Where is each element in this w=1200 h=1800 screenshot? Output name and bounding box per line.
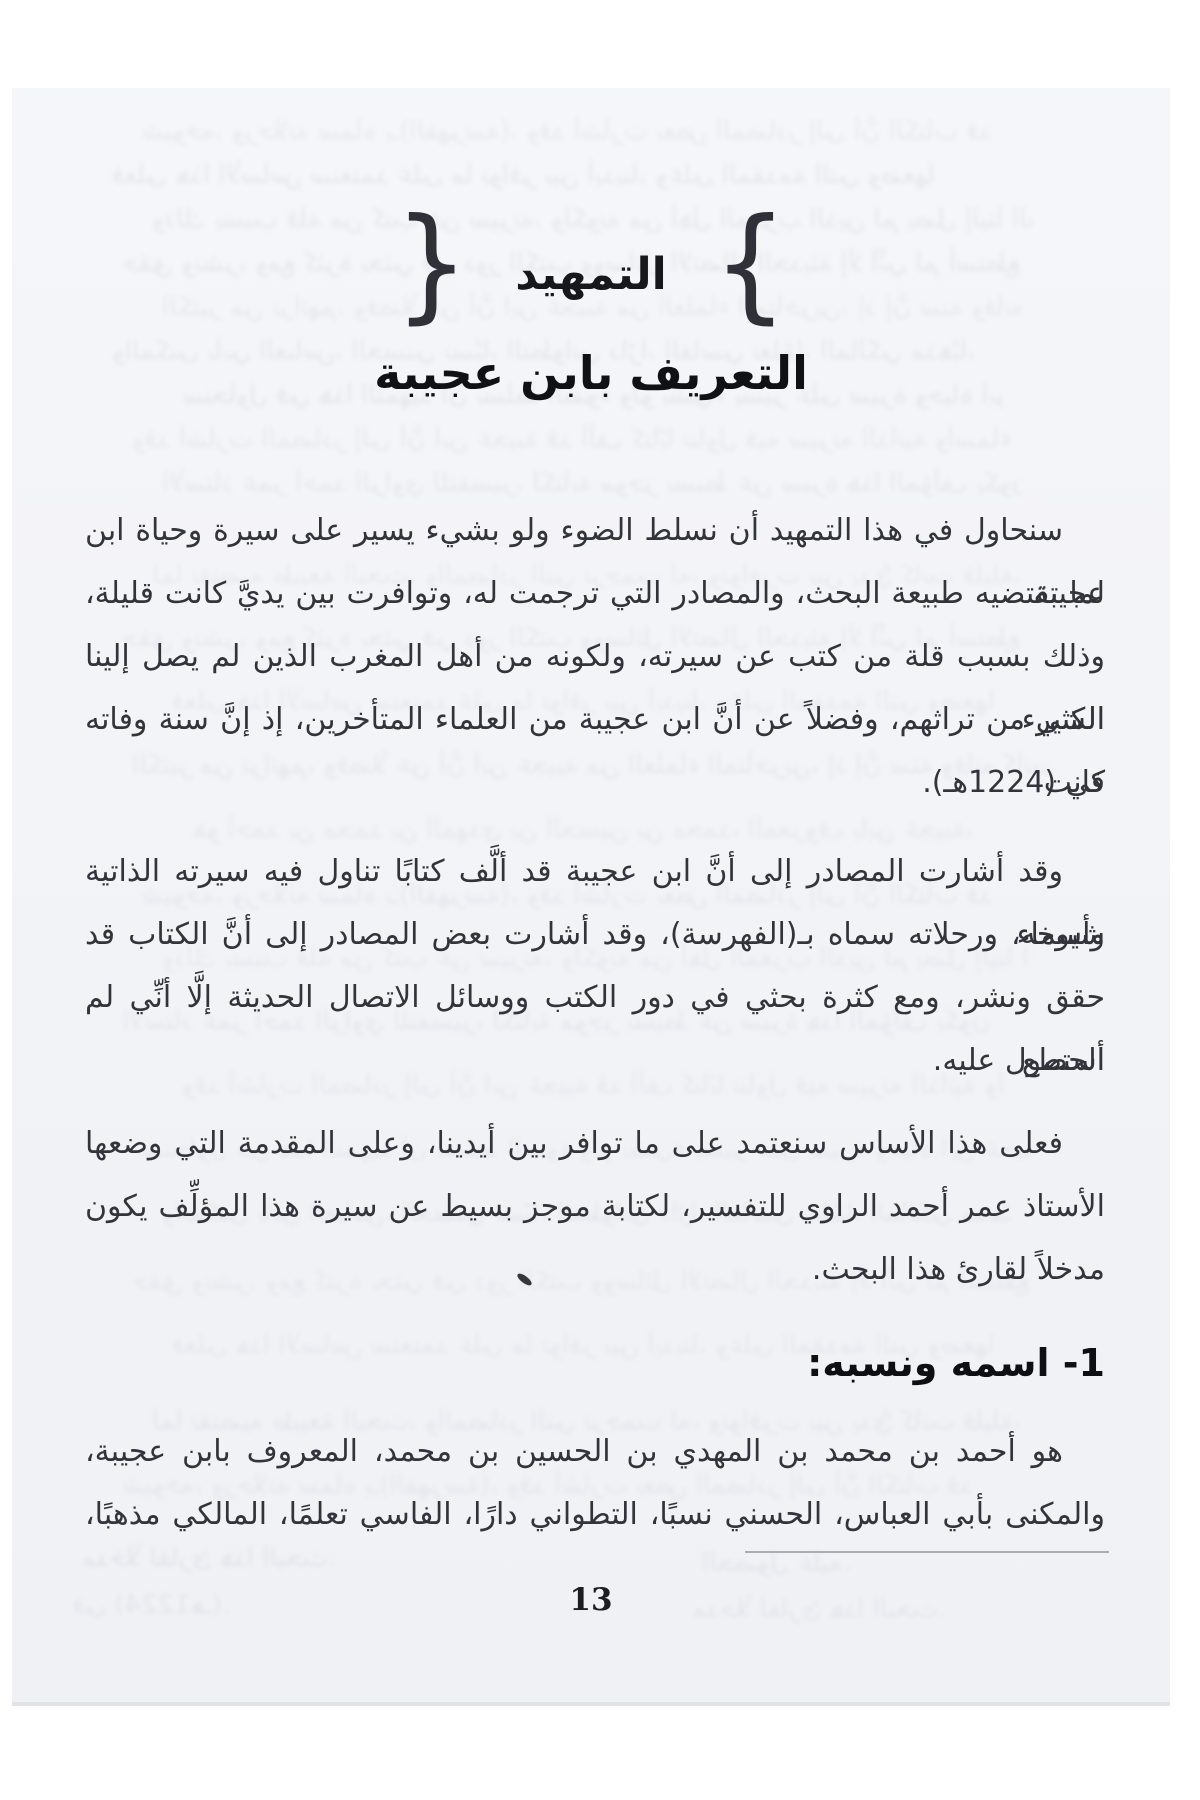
paragraph-line: مدخلاً لقارئ هذا البحث.: [85, 1238, 1105, 1301]
paragraph-line: والمكنى بأبي العباس، الحسني نسبًا، التطو…: [85, 1483, 1105, 1546]
bleed-through-line: شيوخه، ورحلاته سماه بـ(الفهرسة)، وقد أشا…: [142, 116, 1042, 146]
ornament-brace-right-icon: {: [713, 202, 788, 341]
footnote-separator: [745, 1551, 1109, 1553]
paragraph-line: الكثير من تراثهم، وفضلاً عن أنَّ ابن عجي…: [85, 688, 1105, 751]
paragraph-line: الأستاذ عمر أحمد الراوي للتفسير، لكتابة …: [85, 1175, 1105, 1238]
chapter-ornament-label: التمهيد: [515, 243, 667, 300]
paragraph-line: وقد أشارت المصادر إلى أنَّ ابن عجيبة قد …: [85, 840, 1105, 903]
chapter-ornament: } التمهيد {: [12, 196, 1170, 346]
paragraph-line: شيوخه، ورحلاته سماه بـ(الفهرسة)، وقد أشا…: [85, 903, 1105, 966]
paragraph-line: سنحاول في هذا التمهيد أن نسلط الضوء ولو …: [85, 499, 1105, 562]
bleed-through-line: وقد أشارت المصادر إلى أنَّ ابن عجيبة قد …: [132, 424, 1052, 454]
book-scan-screenshot: { "document": { "ornament_label": "التمه…: [0, 0, 1200, 1800]
section-heading-name-lineage: 1- اسمه ونسبه:: [85, 1328, 1105, 1398]
bleed-through-line: الأستاذ عمر أحمد الراوي للتفسير، لكتابة …: [162, 468, 1022, 498]
paragraph-line: الحصول عليه.: [85, 1029, 1105, 1092]
page-title: التعريف بابن عجيبة: [12, 346, 1170, 400]
paragraph-line: هو أحمد بن محمد بن المهدي بن الحسين بن م…: [85, 1420, 1105, 1483]
paragraph-line: فعلى هذا الأساس سنعتمد على ما توافر بين …: [85, 1112, 1105, 1175]
paragraph-line: في (1224هـ).: [85, 751, 1105, 814]
paragraph-line: حقق ونشر، ومع كثرة بحثي في دور الكتب ووس…: [85, 966, 1105, 1029]
page-number: 13: [12, 1582, 1170, 1618]
paragraph-line: لما تقتضيه طبيعة البحث، والمصادر التي تر…: [85, 562, 1105, 625]
body-text: سنحاول في هذا التمهيد أن نسلط الضوء ولو …: [85, 499, 1105, 1546]
bleed-through-line: مدخلاً لقارئ هذا البحث.: [82, 1543, 392, 1573]
scanned-page: شيوخه، ورحلاته سماه بـ(الفهرسة)، وقد أشا…: [12, 88, 1170, 1706]
paragraph-line: وذلك بسبب قلة من كتب عن سيرته، ولكونه من…: [85, 625, 1105, 688]
bleed-through-line: فعلى هذا الأساس سنعتمد على ما توافر بين …: [112, 160, 1062, 190]
ornament-brace-left-icon: }: [394, 202, 469, 341]
